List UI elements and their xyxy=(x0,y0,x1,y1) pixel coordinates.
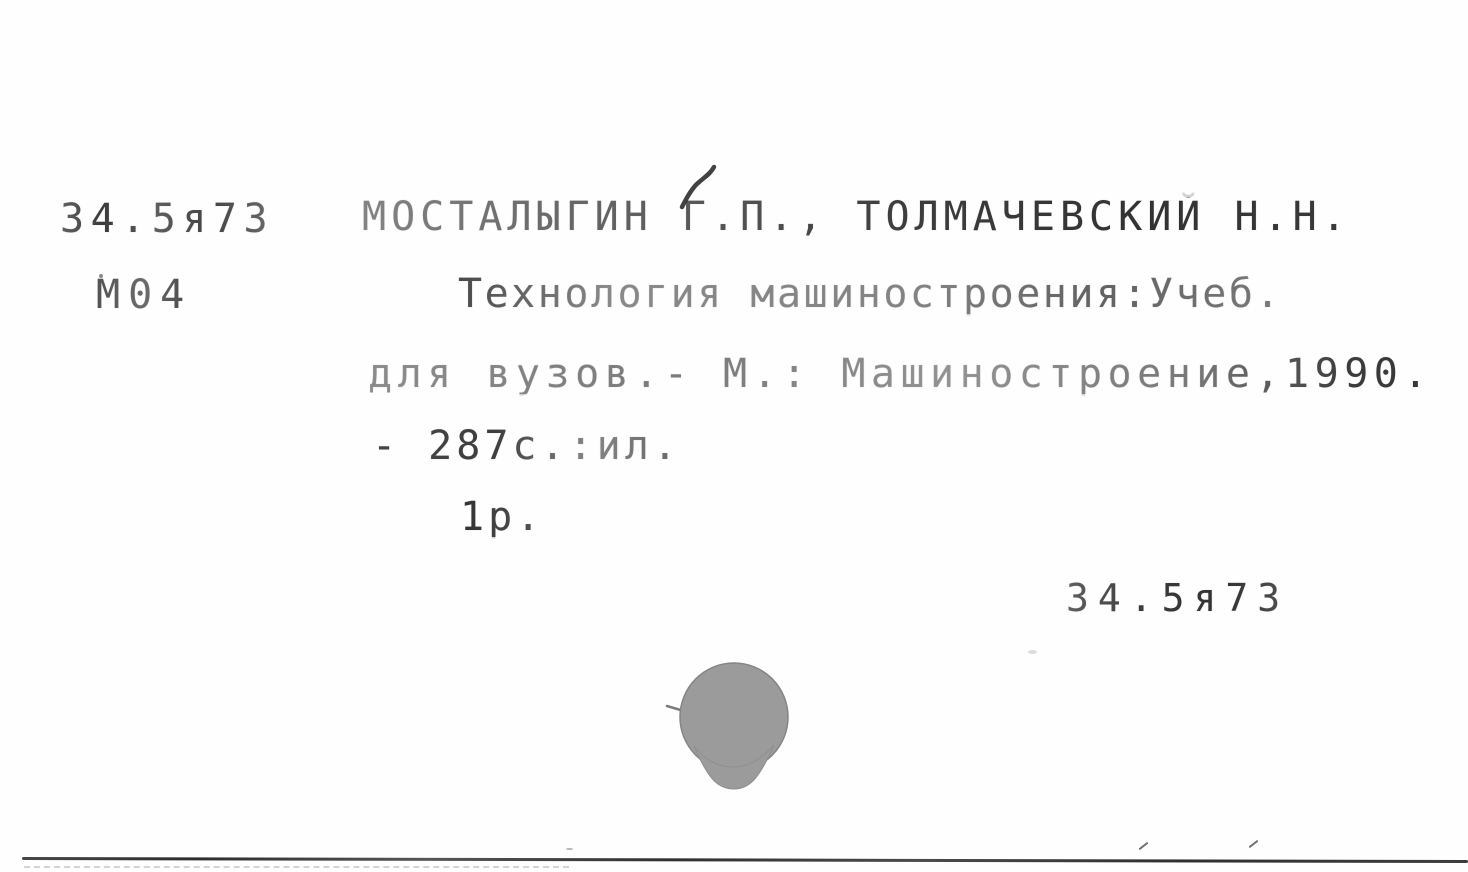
card-edge-faint-dashes xyxy=(24,866,569,868)
call-number: 34.5я73 xyxy=(60,199,274,239)
imprint-line: для вузов.- М.: Машиностроение,1990. xyxy=(368,354,1433,394)
paper-smudge xyxy=(1028,650,1037,654)
punch-hole xyxy=(664,660,804,794)
collation-line: - 287с.:ил. xyxy=(372,426,681,466)
price-line: 1р. xyxy=(460,497,544,537)
edge-tick-mark xyxy=(1249,840,1259,848)
handwritten-stress-accent-mark xyxy=(678,163,720,211)
author-mark: М04 xyxy=(96,275,192,315)
authors-line: МОСТАЛЫГИН Г.П., ТОЛМАЧЕВСКИЙ Н.Н. xyxy=(362,197,1351,237)
classification-bottom-right: 34.5я73 xyxy=(1066,578,1289,618)
catalog-card-scan: 34.5я73 М04 МОСТАЛЫГИН Г.П., ТОЛМАЧЕВСКИ… xyxy=(0,0,1468,872)
card-bottom-edge-line xyxy=(22,857,1468,863)
title-line: Технология машиностроения:Учеб. xyxy=(458,274,1282,314)
edge-tick-mark xyxy=(1139,842,1149,850)
edge-speck xyxy=(566,848,573,850)
